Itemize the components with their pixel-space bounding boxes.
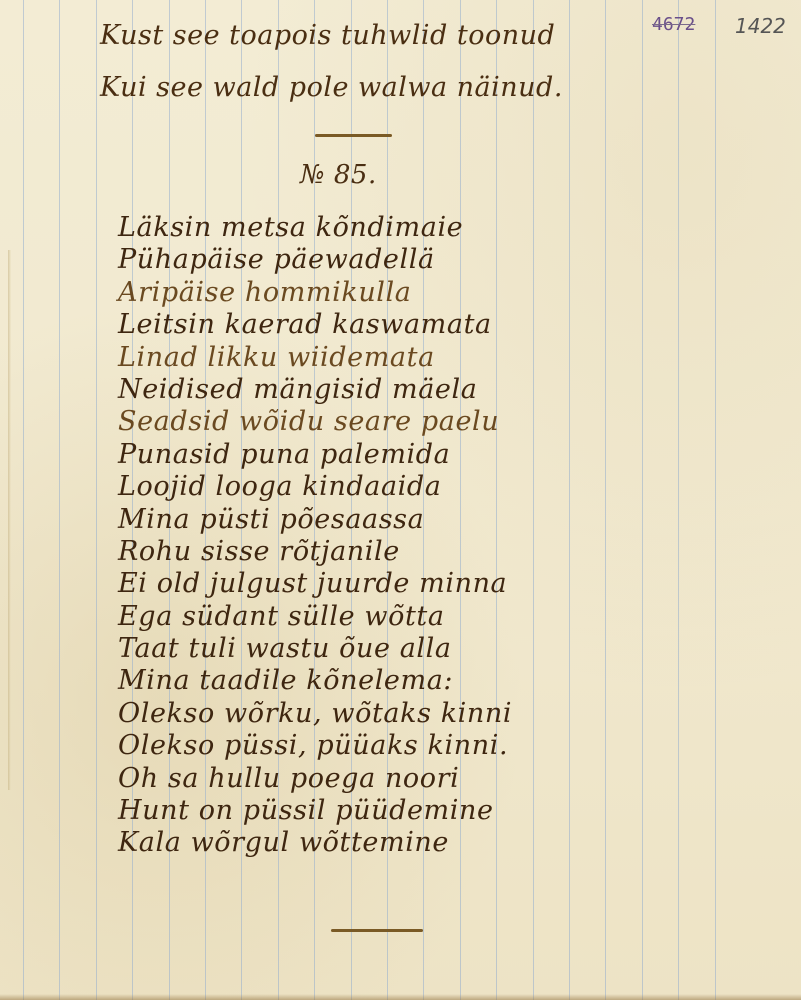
- header-line-1: Kust see toapois tuhwlid toonud: [100, 20, 555, 51]
- rule-line: [96, 0, 97, 1000]
- poem-line: Hunt on püssil püüdemine: [118, 795, 512, 827]
- poem-number: № 85.: [300, 160, 377, 190]
- poem-line: Rohu sisse rõtjanile: [118, 536, 512, 568]
- poem-line: Pühapäise päewadellä: [118, 244, 512, 276]
- poem-line: Taat tuli wastu õue alla: [118, 633, 512, 665]
- rule-line: [642, 0, 643, 1000]
- page-bottom-edge: [0, 994, 801, 1000]
- poem-line: Mina taadile kõnelema:: [118, 665, 512, 697]
- poem-line: Aripäise hommikulla: [118, 277, 512, 309]
- rule-line: [59, 0, 60, 1000]
- archive-number: 1422: [735, 14, 786, 38]
- poem-line: Olekso wõrku, wõtaks kinni: [118, 698, 512, 730]
- rule-line: [23, 0, 24, 1000]
- poem-line: Seadsid wõidu seare paelu: [118, 406, 512, 438]
- poem-text: Läksin metsa kõndimaie Pühapäise päewade…: [118, 212, 512, 860]
- poem-line: Kala wõrgul wõttemine: [118, 827, 512, 859]
- rule-line: [715, 0, 716, 1000]
- manuscript-page: 4672 1422 Kust see toapois tuhwlid toonu…: [0, 0, 801, 1000]
- rule-line: [678, 0, 679, 1000]
- divider-bottom: [331, 929, 423, 932]
- poem-line: Mina püsti põesaassa: [118, 504, 512, 536]
- poem-line: Ei old julgust juurde minna: [118, 568, 512, 600]
- poem-line: Punasid puna palemida: [118, 439, 512, 471]
- poem-line: Läksin metsa kõndimaie: [118, 212, 512, 244]
- poem-line: Ega südant sülle wõtta: [118, 601, 512, 633]
- header-line-2: Kui see wald pole walwa näinud.: [100, 72, 563, 103]
- poem-line: Loojid looga kindaaida: [118, 471, 512, 503]
- poem-line: Neidised mängisid mäela: [118, 374, 512, 406]
- rule-line: [605, 0, 606, 1000]
- poem-line: Leitsin kaerad kaswamata: [118, 309, 512, 341]
- archive-number-crossed-out: 4672: [652, 14, 695, 35]
- rule-line: [533, 0, 534, 1000]
- poem-line: Linad likku wiidemata: [118, 342, 512, 374]
- poem-line: Oh sa hullu poega noori: [118, 763, 512, 795]
- divider-top: [315, 134, 392, 137]
- rule-line: [569, 0, 570, 1000]
- page-fold-crease: [8, 250, 11, 790]
- poem-line: Olekso püssi, püüaks kinni.: [118, 730, 512, 762]
